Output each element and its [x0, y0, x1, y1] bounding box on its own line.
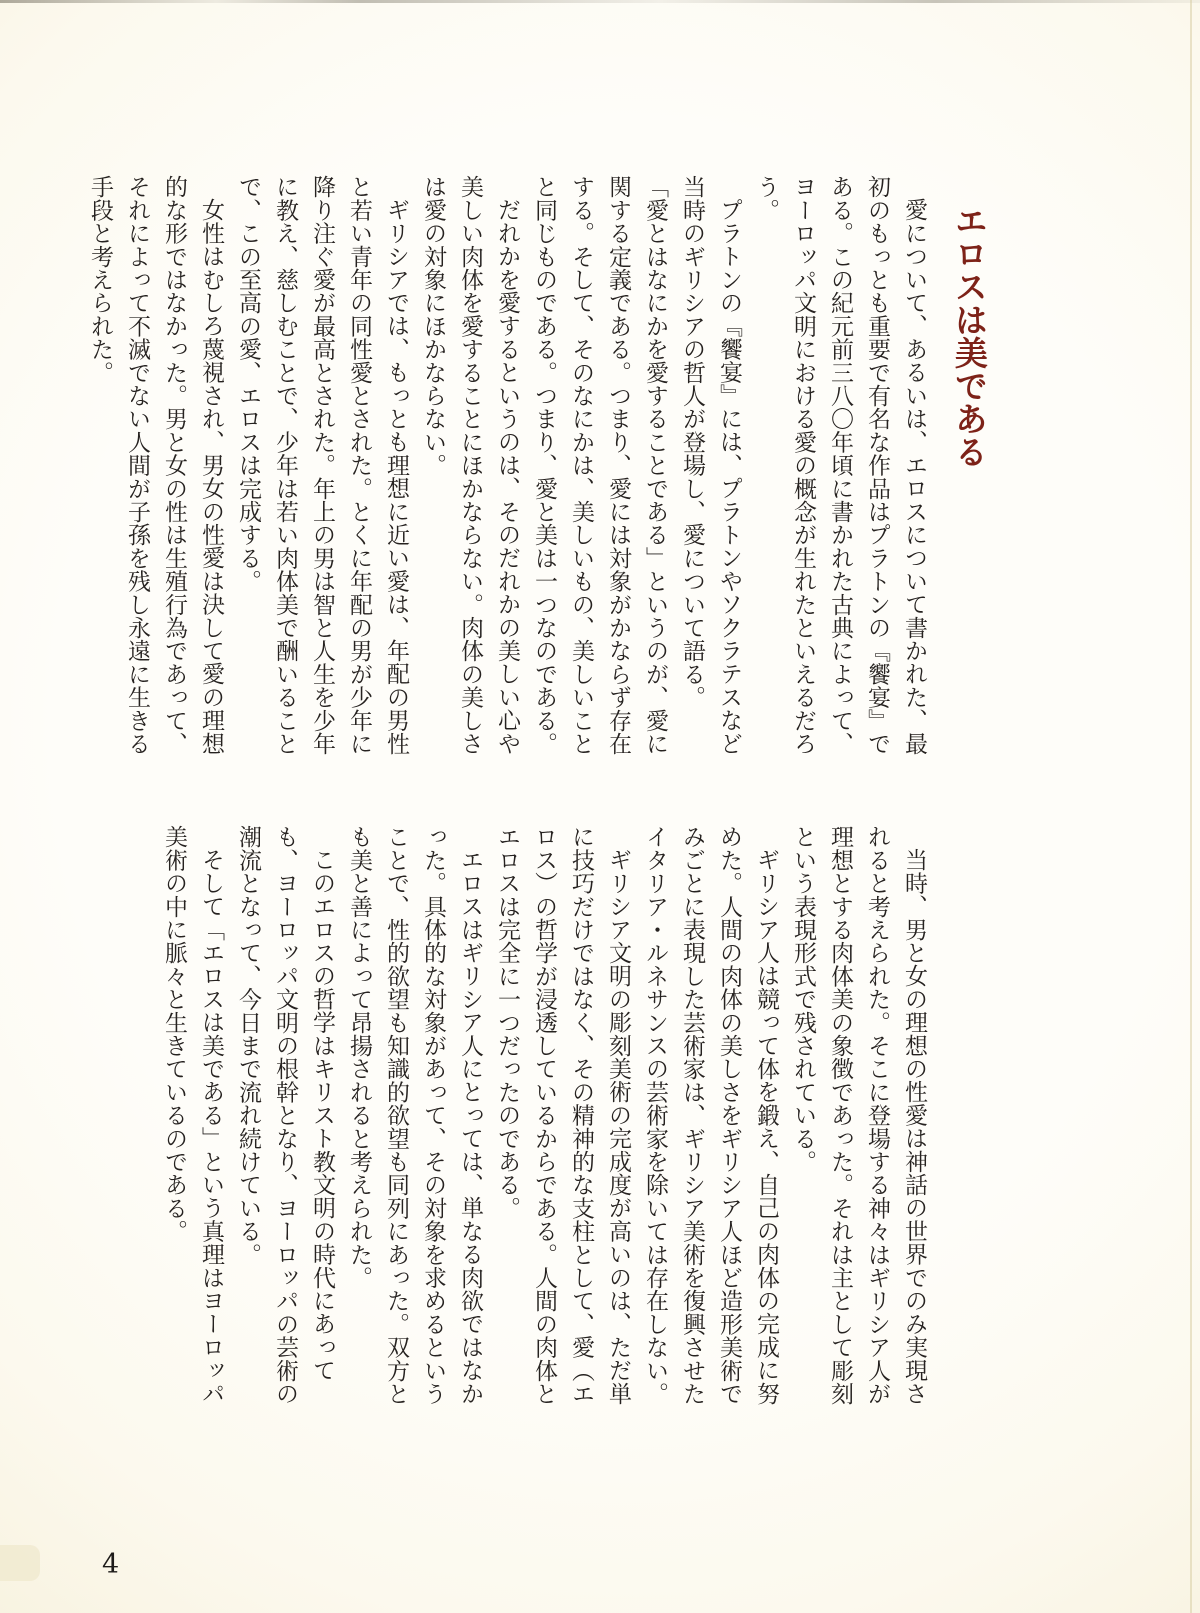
scan-right-edge [1190, 0, 1192, 1613]
scan-top-edge [0, 0, 1200, 3]
text-block-top: 愛について、あるいは、エロスについて書かれた、最初のもっとも重要で有名な作品はプ… [112, 175, 932, 777]
paragraph: エロスはギリシア人にとっては、単なる肉欲ではなかった。具体的な対象があって、その… [340, 825, 488, 1427]
scan-corner-artifact [0, 1545, 40, 1581]
paragraph: そして「エロスは美である」という真理はヨーロッパ美術の中に脈々と生きているのであ… [155, 825, 229, 1427]
text-block-bottom: 当時、男と女の理想の性愛は神話の世界でのみ実現されると考えられた。そこに登場する… [148, 825, 932, 1427]
paragraph: このエロスの哲学はキリスト教文明の時代にあっても、ヨーロッパ文明の根幹となり、ヨ… [229, 825, 340, 1427]
page-number: 4 [102, 1549, 119, 1580]
paragraph: 「愛とはなにかを愛することである」というのが、愛に関する定義である。つまり、愛に… [525, 175, 673, 777]
paragraph: 当時、男と女の理想の性愛は神話の世界でのみ実現されると考えられた。そこに登場する… [784, 825, 932, 1427]
paragraph: ギリシア人は競って体を鍛え、自己の肉体の完成に努めた。人間の肉体の美しさをギリシ… [636, 825, 784, 1427]
book-page: エロスは美である 愛について、あるいは、エロスについて書かれた、最初のもっとも重… [0, 0, 1200, 1613]
paragraph: 愛について、あるいは、エロスについて書かれた、最初のもっとも重要で有名な作品はプ… [747, 175, 932, 777]
paragraph: 女性はむしろ蔑視され、男女の性愛は決して愛の理想的な形ではなかった。男と女の性は… [81, 175, 229, 777]
paragraph: プラトンの『饗宴』には、プラトンやソクラテスなど当時のギリシアの哲人が登場し、愛… [673, 175, 747, 777]
page-title: エロスは美である [945, 204, 993, 468]
paragraph: だれかを愛するというのは、そのだれかの美しい心や美しい肉体を愛することにほかなら… [414, 175, 525, 777]
paragraph: ギリシアでは、もっとも理想に近い愛は、年配の男性と若い青年の同性愛とされた。とく… [229, 175, 414, 777]
paragraph: ギリシア文明の彫刻美術の完成度が高いのは、ただ単に技巧だけではなく、その精神的な… [488, 825, 636, 1427]
